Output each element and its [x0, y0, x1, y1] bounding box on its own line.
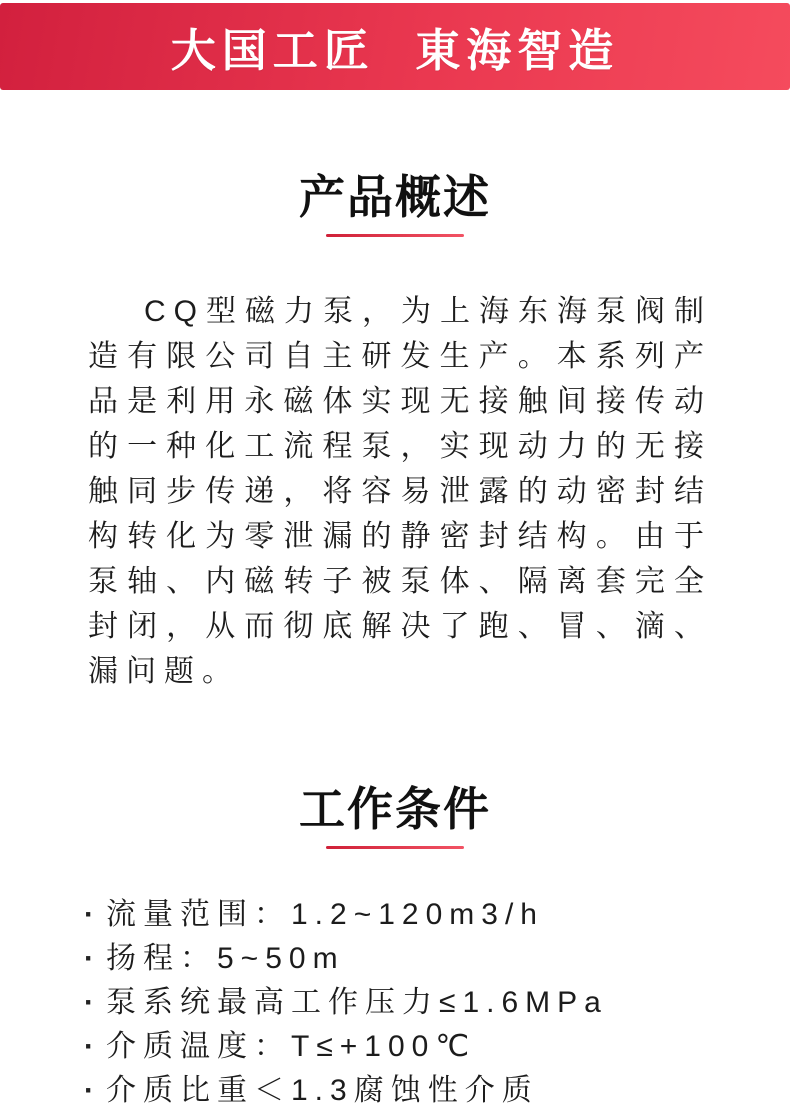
conditions-list: · 流量范围：1.2~120m3/h · 扬程：5~50m · 泵系统最高工作压…	[84, 893, 730, 1109]
bullet-icon: ·	[84, 1025, 106, 1069]
overview-paragraph: CQ型磁力泵，为上海东海泵阀制造有限公司自主研发生产。本系列产品是利用永磁体实现…	[88, 289, 712, 694]
condition-text: 扬程：5~50m	[106, 937, 345, 981]
overview-heading: 产品概述	[0, 174, 790, 237]
bullet-icon: ·	[84, 937, 106, 981]
bullet-icon: ·	[84, 893, 106, 937]
condition-text: 流量范围：1.2~120m3/h	[106, 893, 544, 937]
bullet-icon: ·	[84, 1069, 106, 1109]
list-item: · 泵系统最高工作压力≤1.6MPa	[84, 981, 730, 1025]
list-item: · 流量范围：1.2~120m3/h	[84, 893, 730, 937]
top-banner: 大国工匠 東海智造	[0, 3, 790, 90]
condition-text: 介质温度：T≤+100℃	[106, 1025, 476, 1069]
list-item: · 扬程：5~50m	[84, 937, 730, 981]
list-item: · 介质比重＜1.3腐蚀性介质	[84, 1069, 730, 1109]
conditions-heading: 工作条件	[0, 786, 790, 849]
overview-title-underline	[326, 234, 464, 237]
list-item: · 介质温度：T≤+100℃	[84, 1025, 730, 1069]
condition-text: 介质比重＜1.3腐蚀性介质	[106, 1069, 539, 1109]
condition-text: 泵系统最高工作压力≤1.6MPa	[106, 981, 608, 1025]
overview-title: 产品概述	[0, 174, 790, 220]
conditions-title-underline	[326, 846, 464, 849]
overview-section: 产品概述 CQ型磁力泵，为上海东海泵阀制造有限公司自主研发生产。本系列产品是利用…	[0, 174, 790, 694]
conditions-section: 工作条件 · 流量范围：1.2~120m3/h · 扬程：5~50m · 泵系统…	[0, 786, 790, 1109]
bullet-icon: ·	[84, 981, 106, 1025]
conditions-title: 工作条件	[0, 786, 790, 832]
banner-title: 大国工匠 東海智造	[171, 14, 620, 79]
